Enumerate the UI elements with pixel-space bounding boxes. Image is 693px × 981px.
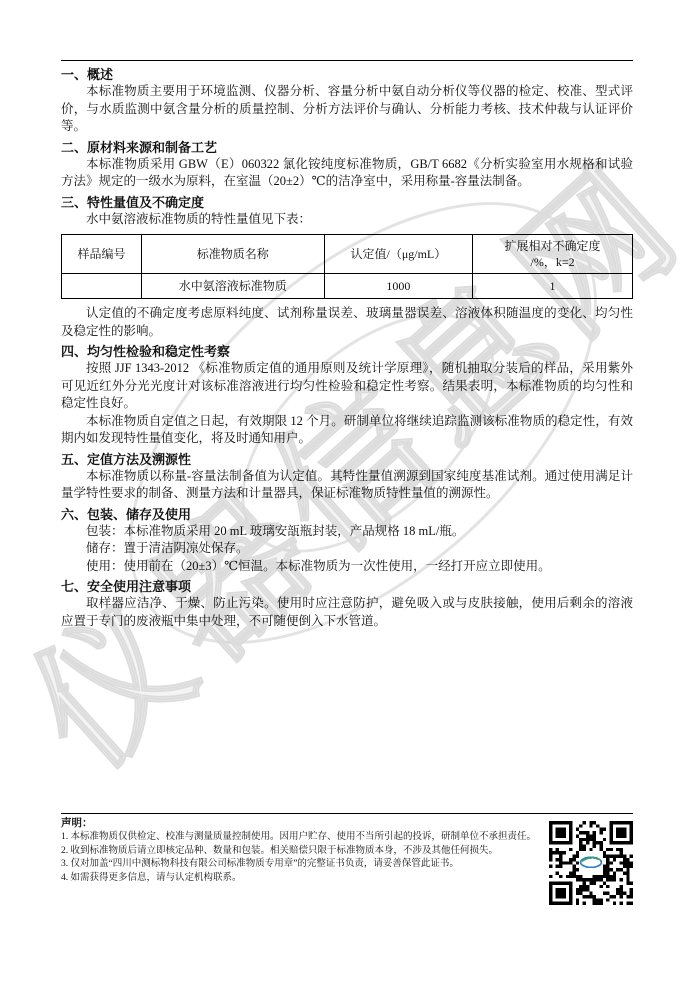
section-overview: 一、概述 本标准物质主要用于环境监测、仪器分析、容量分析中氨自动分析仪等仪器的检… xyxy=(61,66,633,136)
section-title: 四、均匀性检验和稳定性考察 xyxy=(61,343,633,360)
cell-sample-no xyxy=(62,274,142,299)
declaration-title: 声明： xyxy=(61,817,539,831)
section-title: 七、安全使用注意事项 xyxy=(61,578,633,595)
cell-certified-value: 1000 xyxy=(324,274,472,299)
header-material-name: 标准物质名称 xyxy=(141,235,324,274)
section-raw-material: 二、原材料来源和制备工艺 本标准物质采用 GBW（E）060322 氯化铵纯度标… xyxy=(61,139,633,191)
section-characteristic-values: 三、特性量值及不确定度 水中氨溶液标准物质的特性量值见下表： 样品编号 标准物质… xyxy=(61,194,633,341)
qr-code xyxy=(549,821,633,905)
main-content: 一、概述 本标准物质主要用于环境监测、仪器分析、容量分析中氨自动分析仪等仪器的检… xyxy=(61,60,633,630)
header-certified-value: 认定值/（μg/mL） xyxy=(324,235,472,274)
paragraph: 本标准物质以称量-容量法制备值为认定值。其特性量值溯源到国家纯度基准试剂。通过使… xyxy=(61,468,633,503)
top-divider xyxy=(61,60,633,61)
paragraph: 储存：置于清洁阴凉处保存。 xyxy=(61,540,633,558)
paragraph: 本标准物质采用 GBW（E）060322 氯化铵纯度标准物质，GB/T 6682… xyxy=(61,156,633,191)
header-uncertainty: 扩展相对不确定度 /%，k=2 xyxy=(473,235,633,274)
section-title: 二、原材料来源和制备工艺 xyxy=(61,139,633,156)
declaration-note: 1. 本标准物质仅供检定、校准与测量质量控制使用。因用户贮存、使用不当所引起的投… xyxy=(61,831,539,845)
certificate-page: 仪器信息网 一、概述 本标准物质主要用于环境监测、仪器分析、容量分析中氨自动分析… xyxy=(0,0,693,981)
section-packaging-storage-use: 六、包装、储存及使用 包装：本标准物质采用 20 mL 玻璃安瓿瓶封装，产品规格… xyxy=(61,506,633,576)
paragraph: 包装：本标准物质采用 20 mL 玻璃安瓿瓶封装，产品规格 18 mL/瓶。 xyxy=(61,523,633,541)
table-row: 水中氨溶液标准物质 1000 1 xyxy=(62,274,633,299)
declaration-divider xyxy=(61,813,633,814)
section-title: 三、特性量值及不确定度 xyxy=(61,194,633,211)
declaration-note: 3. 仅对加盖“四川中测标物科技有限公司标准物质专用章”的完整证书负责，请妥善保… xyxy=(61,858,539,872)
section-title: 一、概述 xyxy=(61,66,633,83)
paragraph: 取样器应洁净、干燥、防止污染。使用时应注意防护，避免吸入或与皮肤接触，使用后剩余… xyxy=(61,595,633,630)
paragraph: 水中氨溶液标准物质的特性量值见下表： xyxy=(61,211,633,229)
cell-uncertainty: 1 xyxy=(473,274,633,299)
paragraph: 本标准物质自定值之日起，有效期限 12 个月。研制单位将继续追踪监测该标准物质的… xyxy=(61,413,633,448)
paragraph: 本标准物质主要用于环境监测、仪器分析、容量分析中氨自动分析仪等仪器的检定、校准、… xyxy=(61,83,633,136)
declaration-notes: 声明： 1. 本标准物质仅供检定、校准与测量质量控制使用。因用户贮存、使用不当所… xyxy=(61,817,539,885)
cell-material-name: 水中氨溶液标准物质 xyxy=(141,274,324,299)
declaration-block: 声明： 1. 本标准物质仅供检定、校准与测量质量控制使用。因用户贮存、使用不当所… xyxy=(61,813,633,905)
section-homogeneity-stability: 四、均匀性检验和稳定性考察 按照 JJF 1343-2012 《标准物质定值的通… xyxy=(61,343,633,448)
paragraph: 认定值的不确定度考虑原料纯度、试剂称量误差、玻璃量器误差、溶液体积随温度的变化、… xyxy=(61,305,633,340)
section-safety: 七、安全使用注意事项 取样器应洁净、干燥、防止污染。使用时应注意防护，避免吸入或… xyxy=(61,578,633,630)
header-sample-no: 样品编号 xyxy=(62,235,142,274)
paragraph: 按照 JJF 1343-2012 《标准物质定值的通用原则及统计学原理》，随机抽… xyxy=(61,360,633,413)
declaration-note: 2. 收到标准物质后请立即核定品种、数量和包装。相关赔偿只限于标准物质本身，不涉… xyxy=(61,845,539,859)
section-title: 六、包装、储存及使用 xyxy=(61,506,633,523)
section-traceability: 五、定值方法及溯源性 本标准物质以称量-容量法制备值为认定值。其特性量值溯源到国… xyxy=(61,451,633,503)
characteristic-value-table: 样品编号 标准物质名称 认定值/（μg/mL） 扩展相对不确定度 /%，k=2 … xyxy=(61,234,633,299)
section-title: 五、定值方法及溯源性 xyxy=(61,451,633,468)
table-header-row: 样品编号 标准物质名称 认定值/（μg/mL） 扩展相对不确定度 /%，k=2 xyxy=(62,235,633,274)
paragraph: 使用：使用前在（20±3）℃恒温。本标准物质为一次性使用，一经打开应立即使用。 xyxy=(61,558,633,576)
declaration-note: 4. 如需获得更多信息，请与认定机构联系。 xyxy=(61,872,539,886)
